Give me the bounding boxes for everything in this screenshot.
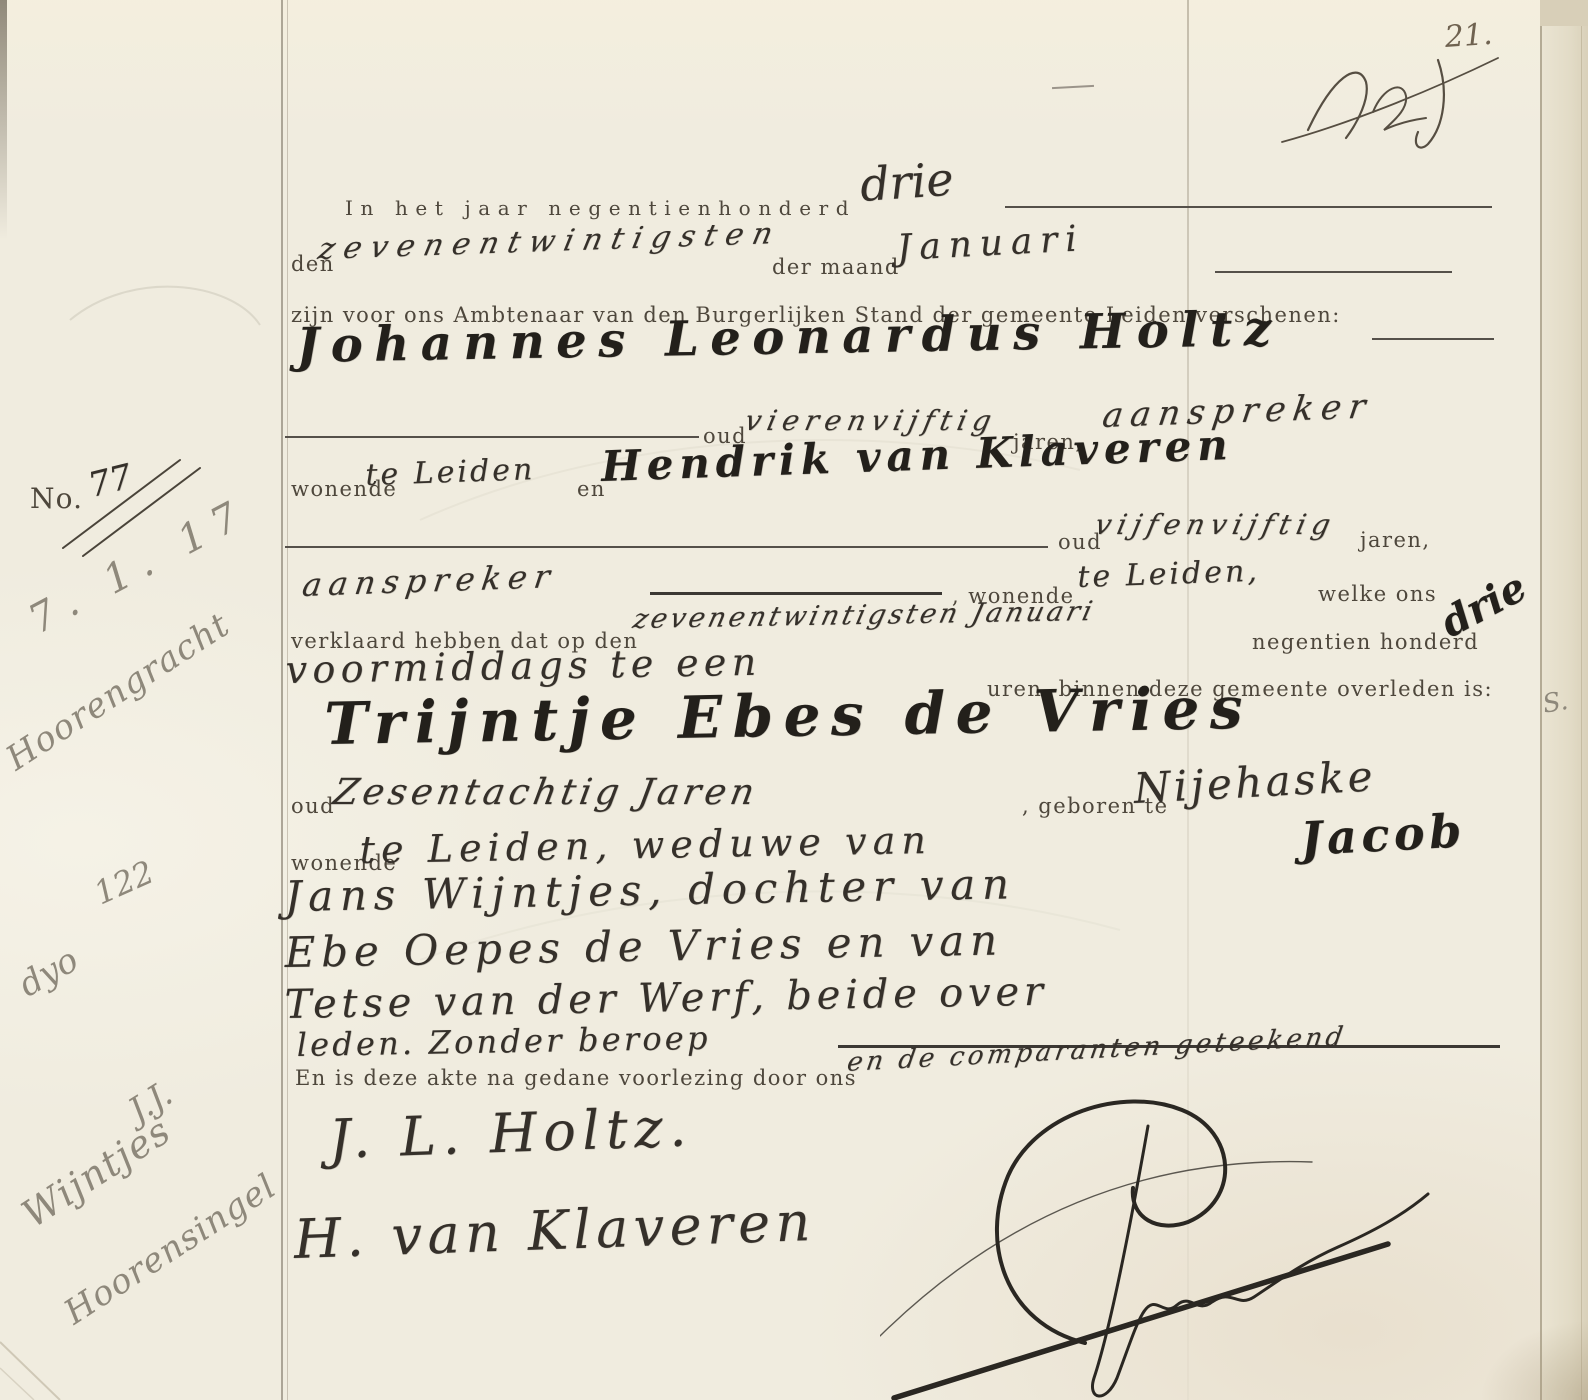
declarant2-residence: te Leiden, — [1077, 554, 1261, 595]
ink-dash-after-name — [1372, 338, 1494, 340]
handwritten-year: drie — [858, 152, 955, 212]
page-number: 21. — [1444, 17, 1494, 55]
margin-pencil-mark-right: S. — [1540, 686, 1570, 720]
ink-rule-occupation — [650, 592, 942, 595]
printed-closing-line: En is deze akte na gedane voorlezing doo… — [295, 1066, 857, 1090]
printed-negentien-honderd: negentien honderd — [1252, 630, 1479, 654]
ink-rule-blank — [285, 436, 699, 438]
printed-jaren-2: jaren, — [1360, 528, 1431, 552]
overleden-zonder-beroep: leden. Zonder beroep — [296, 1019, 711, 1064]
ink-rule-blank-2 — [285, 546, 1048, 548]
ink-rule-month — [1215, 271, 1452, 273]
printed-der-maand: der maand — [772, 255, 900, 279]
registrar-signature-flourish — [880, 1068, 1460, 1400]
signature-declarant1: J. L. Holtz. — [328, 1095, 694, 1171]
declarant2-age: vijfenvijftig — [1092, 508, 1339, 541]
printed-oud-3: oud — [291, 794, 335, 818]
husband-first-name: Jacob — [1299, 803, 1467, 866]
deceased-age: Zesentachtig Jaren — [330, 772, 762, 813]
ink-rule-year — [1005, 206, 1492, 208]
death-certificate-page: 21. No. 77 7. 1. 17 Hoorengracht 122 dyo… — [0, 0, 1588, 1400]
printed-welke-ons: welke ons — [1318, 582, 1437, 606]
corner-crease — [0, 1320, 120, 1400]
registrar-paraph — [1278, 52, 1503, 152]
declarant1-residence: te Leiden — [365, 452, 536, 493]
